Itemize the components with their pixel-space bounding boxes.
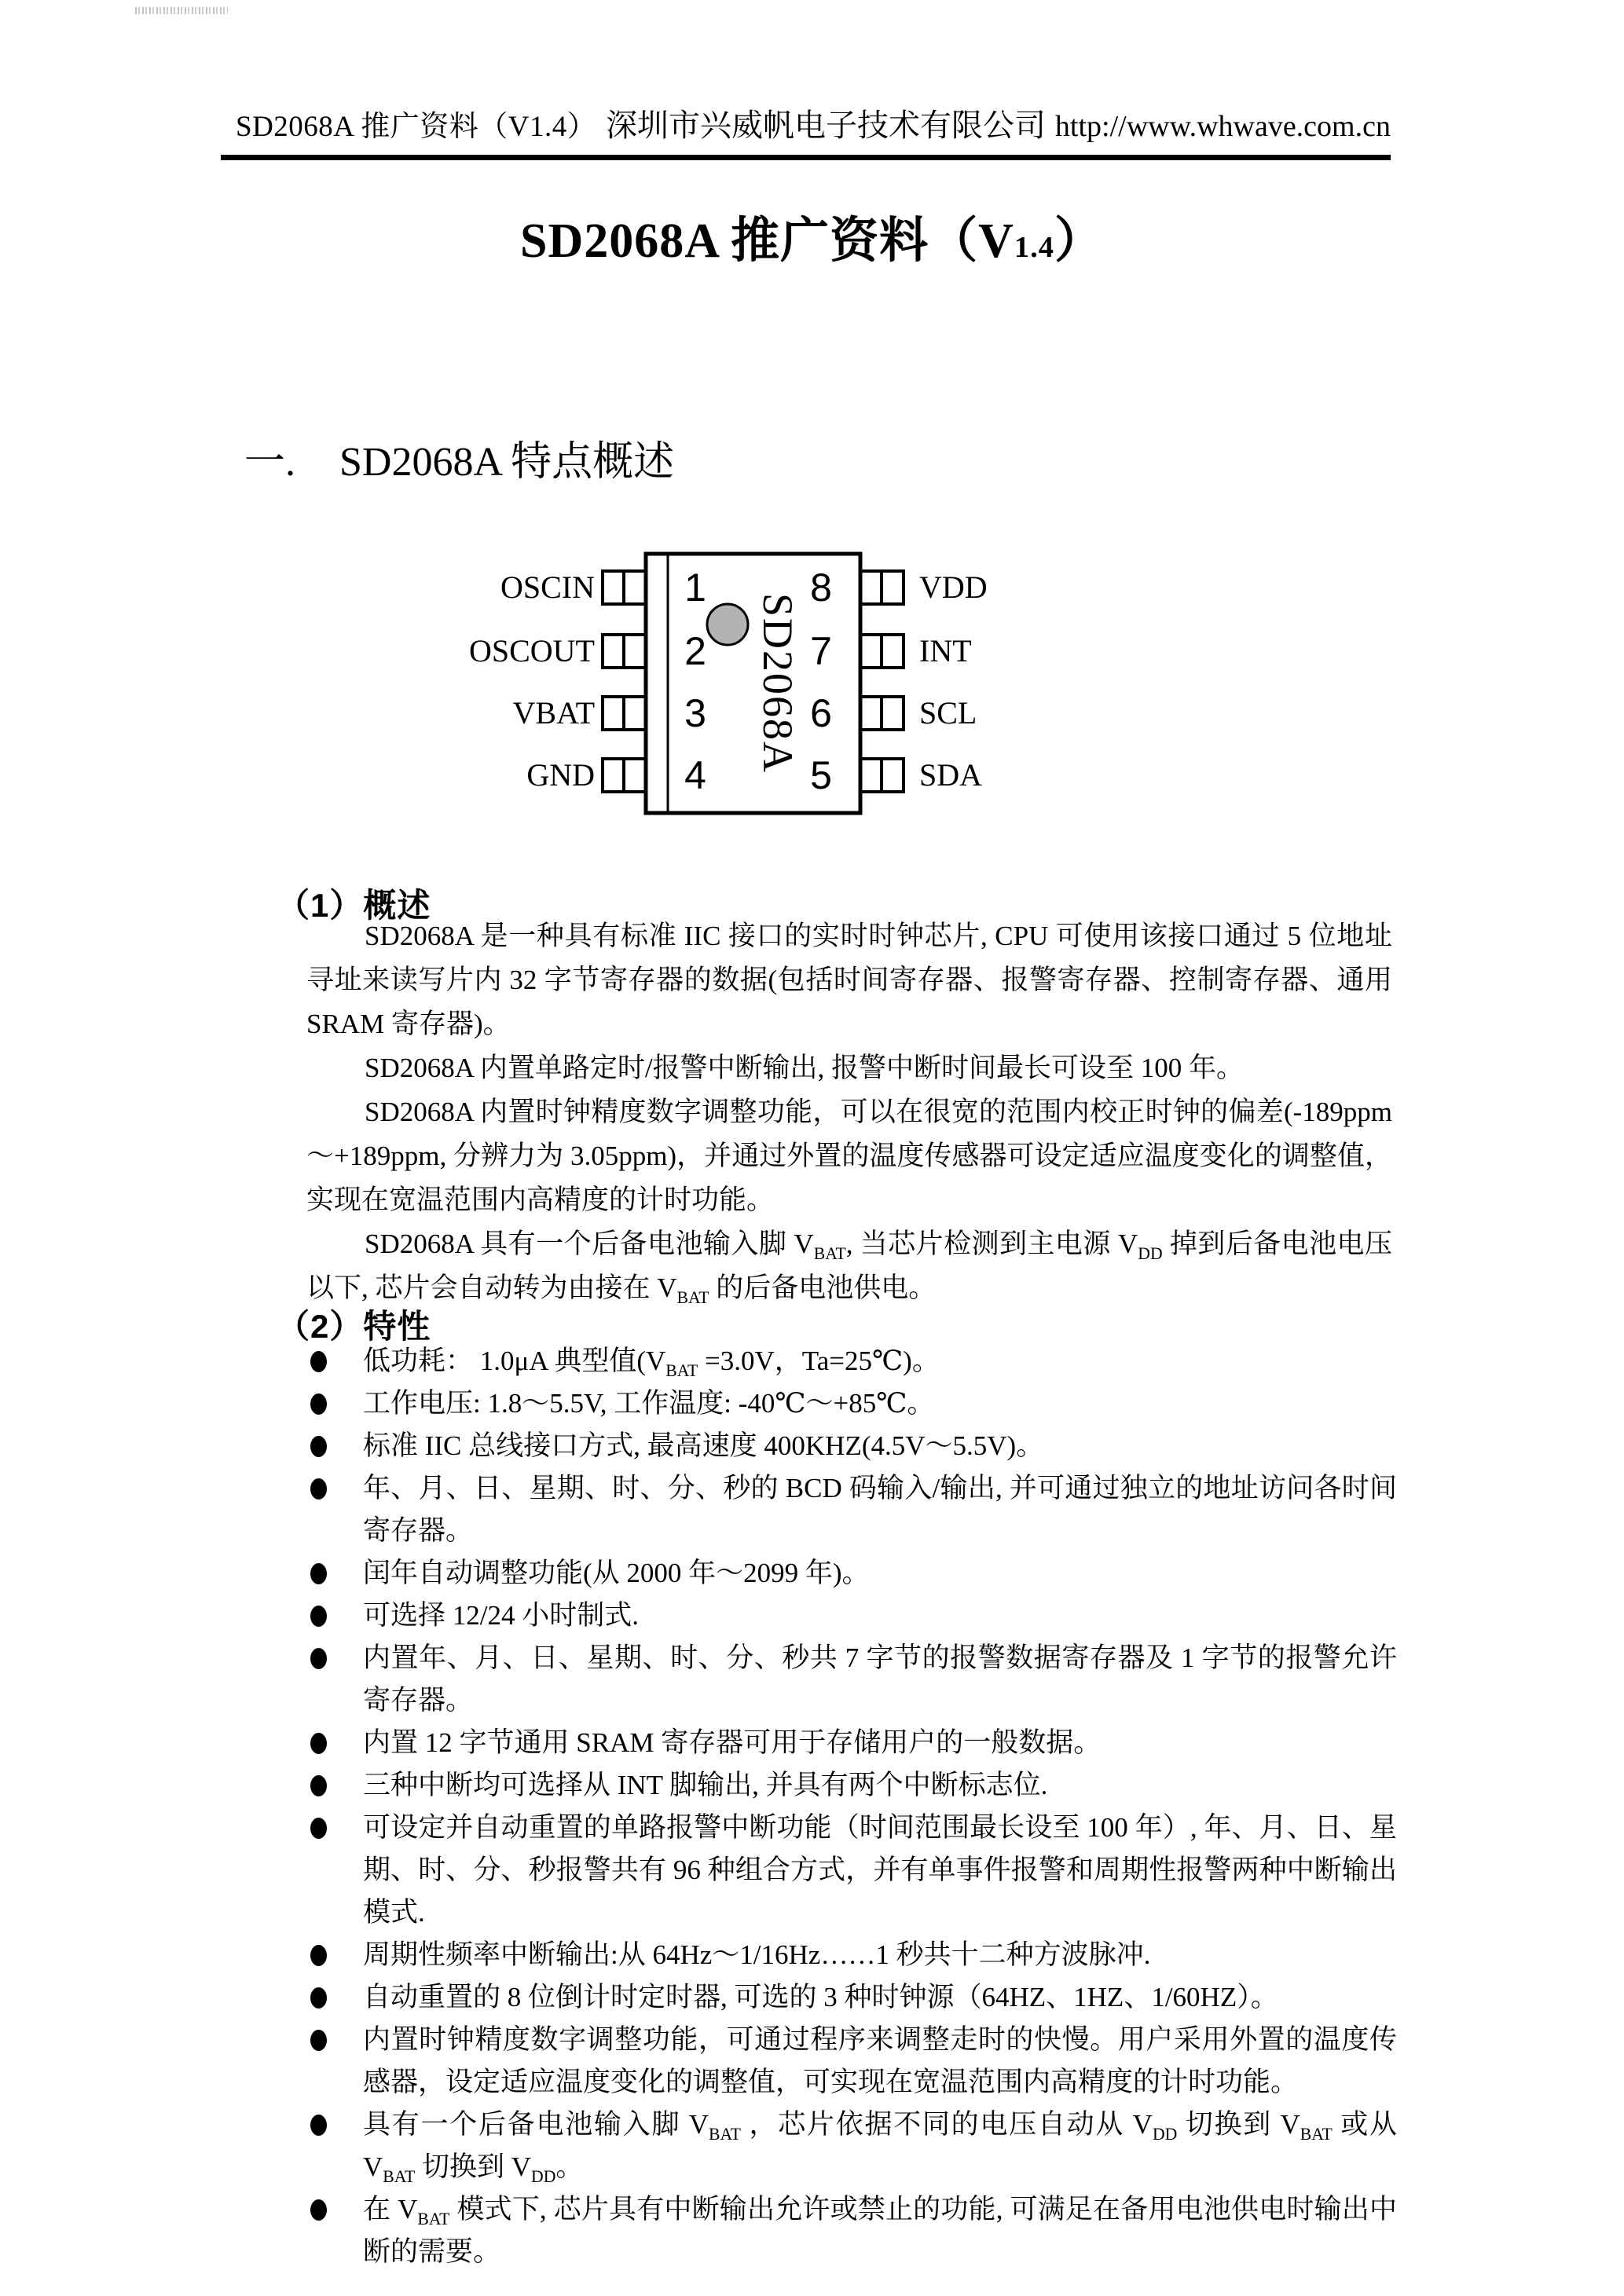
feature-item: 内置 12 字节通用 SRAM 寄存器可用于存储用户的一般数据。 — [306, 1722, 1397, 1764]
pin-scl-label: SCL — [919, 695, 977, 731]
bullet-icon — [310, 1393, 327, 1415]
pin-oscin-label: OSCIN — [500, 569, 595, 605]
chip-part-number: SD2068A — [754, 593, 801, 774]
overview-paragraph: SD2068A 内置单路定时/报警中断输出, 报警中断时间最长可设至 100 年… — [306, 1046, 1392, 1090]
page-header: SD2068A 推广资料（V1.4） 深圳市兴威帆电子技术有限公司 http:/… — [236, 101, 1391, 145]
feature-item: 可设定并自动重置的单路报警中断功能（时间范围最长设至 100 年）, 年、月、日… — [306, 1807, 1397, 1934]
feature-text: 年、月、日、星期、时、分、秒的 BCD 码输入/输出, 并可通过独立的地址访问各… — [363, 1473, 1397, 1546]
pin-6-number: 6 — [810, 691, 832, 735]
bullet-icon — [310, 1775, 327, 1796]
bullet-icon — [310, 1945, 327, 1966]
overview-paragraph: SD2068A 具有一个后备电池输入脚 VBAT, 当芯片检测到主电源 VDD … — [306, 1222, 1392, 1310]
feature-text: 工作电压: 1.8～5.5V, 工作温度: -40℃～+85℃。 — [363, 1388, 934, 1419]
bullet-icon — [310, 2115, 327, 2136]
feature-text: 可设定并自动重置的单路报警中断功能（时间范围最长设至 100 年）, 年、月、日… — [363, 1812, 1397, 1928]
bullet-icon — [310, 2030, 327, 2051]
feature-text: 闰年自动调整功能(从 2000 年～2099 年)。 — [363, 1558, 870, 1588]
pin-vbat-label: VBAT — [513, 695, 595, 731]
feature-item: 低功耗： 1.0μA 典型值(VBAT =3.0V，Ta=25℃)。 — [306, 1340, 1397, 1382]
pin-sda-label: SDA — [919, 757, 982, 793]
pin1-indicator-dot — [707, 604, 748, 645]
pin-5-number: 5 — [810, 753, 832, 797]
pin-3-number: 3 — [684, 691, 706, 735]
bullet-icon — [310, 1606, 327, 1627]
feature-text: 在 VBAT 模式下, 芯片具有中断输出允许或禁止的功能, 可满足在备用电池供电… — [363, 2194, 1397, 2267]
bullet-icon — [310, 1563, 327, 1584]
left-pin-boxes — [603, 571, 646, 792]
bullet-icon — [310, 1987, 327, 2009]
feature-item: 内置年、月、日、星期、时、分、秒共 7 字节的报警数据寄存器及 1 字节的报警允… — [306, 1637, 1397, 1722]
right-pin-boxes — [860, 571, 904, 792]
feature-text: 自动重置的 8 位倒计时定时器, 可选的 3 种时钟源（64HZ、1HZ、1/6… — [363, 1982, 1278, 2012]
features-list: 低功耗： 1.0μA 典型值(VBAT =3.0V，Ta=25℃)。 工作电压:… — [306, 1340, 1397, 2273]
bullet-icon — [310, 1648, 327, 1669]
pin-4-number: 4 — [684, 753, 706, 797]
bullet-icon — [310, 1478, 327, 1500]
feature-item: 自动重置的 8 位倒计时定时器, 可选的 3 种时钟源（64HZ、1HZ、1/6… — [306, 1976, 1397, 2019]
pin-7-number: 7 — [810, 629, 832, 673]
feature-item: 周期性频率中断输出:从 64Hz～1/16Hz……1 秒共十二种方波脉冲. — [306, 1934, 1397, 1976]
feature-item: 工作电压: 1.8～5.5V, 工作温度: -40℃～+85℃。 — [306, 1382, 1397, 1425]
feature-text: 内置 12 字节通用 SRAM 寄存器可用于存储用户的一般数据。 — [363, 1727, 1101, 1758]
feature-item: 闰年自动调整功能(从 2000 年～2099 年)。 — [306, 1552, 1397, 1595]
header-doc-title: SD2068A 推广资料（V1.4） — [236, 102, 596, 145]
overview-paragraph: SD2068A 是一种具有标准 IIC 接口的实时时钟芯片, CPU 可使用该接… — [306, 914, 1392, 1046]
feature-item: 年、月、日、星期、时、分、秒的 BCD 码输入/输出, 并可通过独立的地址访问各… — [306, 1467, 1397, 1552]
feature-text: 具有一个后备电池输入脚 VBAT ，芯片依据不同的电压自动从 VDD 切换到 V… — [363, 2109, 1397, 2182]
feature-item: 三种中断均可选择从 INT 脚输出, 并具有两个中断标志位. — [306, 1764, 1397, 1807]
print-artifact — [135, 7, 228, 14]
datasheet-page: SD2068A 推广资料（V1.4） 深圳市兴威帆电子技术有限公司 http:/… — [0, 0, 1624, 2296]
pin-2-number: 2 — [684, 629, 706, 673]
pin-vdd-label: VDD — [919, 569, 988, 605]
section1-heading: 一.SD2068A 特点概述 — [244, 428, 674, 487]
chip-pinout-diagram: SD2068A 1 2 3 4 8 7 6 5 OSCIN OSCOUT VBA… — [456, 542, 1037, 880]
bullet-icon — [310, 2199, 327, 2221]
feature-text: 三种中断均可选择从 INT 脚输出, 并具有两个中断标志位. — [363, 1770, 1047, 1800]
feature-item: 可选择 12/24 小时制式. — [306, 1595, 1397, 1637]
pin-1-number: 1 — [684, 566, 706, 610]
bullet-icon — [310, 1351, 327, 1372]
feature-text: 低功耗： 1.0μA 典型值(VBAT =3.0V，Ta=25℃)。 — [363, 1346, 940, 1376]
feature-item: 在 VBAT 模式下, 芯片具有中断输出允许或禁止的功能, 可满足在备用电池供电… — [306, 2188, 1397, 2273]
feature-text: 内置年、月、日、星期、时、分、秒共 7 字节的报警数据寄存器及 1 字节的报警允… — [363, 1642, 1397, 1716]
pin-oscout-label: OSCOUT — [469, 633, 595, 668]
pin-int-label: INT — [919, 633, 972, 668]
overview-paragraph: SD2068A 内置时钟精度数字调整功能，可以在很宽的范围内校正时钟的偏差(-1… — [306, 1090, 1392, 1222]
section1-title: SD2068A 特点概述 — [339, 440, 674, 485]
feature-text: 周期性频率中断输出:从 64Hz～1/16Hz……1 秒共十二种方波脉冲. — [363, 1939, 1150, 1970]
overview-text: SD2068A 是一种具有标准 IIC 接口的实时时钟芯片, CPU 可使用该接… — [306, 914, 1392, 1310]
feature-text: 内置时钟精度数字调整功能，可通过程序来调整走时的快慢。用户采用外置的温度传感器，… — [363, 2024, 1397, 2097]
bullet-icon — [310, 1818, 327, 1839]
bullet-icon — [310, 1436, 327, 1457]
pin-gnd-label: GND — [526, 757, 595, 793]
header-url: http://www.whwave.com.cn — [1055, 109, 1391, 144]
feature-item: 标准 IIC 总线接口方式, 最高速度 400KHZ(4.5V～5.5V)。 — [306, 1425, 1397, 1467]
feature-item: 内置时钟精度数字调整功能，可通过程序来调整走时的快慢。用户采用外置的温度传感器，… — [306, 2019, 1397, 2104]
document-title: SD2068A 推广资料（V1.4） — [0, 201, 1624, 271]
feature-item: 具有一个后备电池输入脚 VBAT ，芯片依据不同的电压自动从 VDD 切换到 V… — [306, 2104, 1397, 2188]
section1-number: 一. — [244, 440, 295, 485]
header-rule — [221, 155, 1391, 160]
header-company: 深圳市兴威帆电子技术有限公司 — [606, 101, 1046, 145]
feature-text: 标准 IIC 总线接口方式, 最高速度 400KHZ(4.5V～5.5V)。 — [363, 1430, 1043, 1461]
bullet-icon — [310, 1733, 327, 1754]
pin-8-number: 8 — [810, 566, 832, 610]
feature-text: 可选择 12/24 小时制式. — [363, 1600, 639, 1631]
